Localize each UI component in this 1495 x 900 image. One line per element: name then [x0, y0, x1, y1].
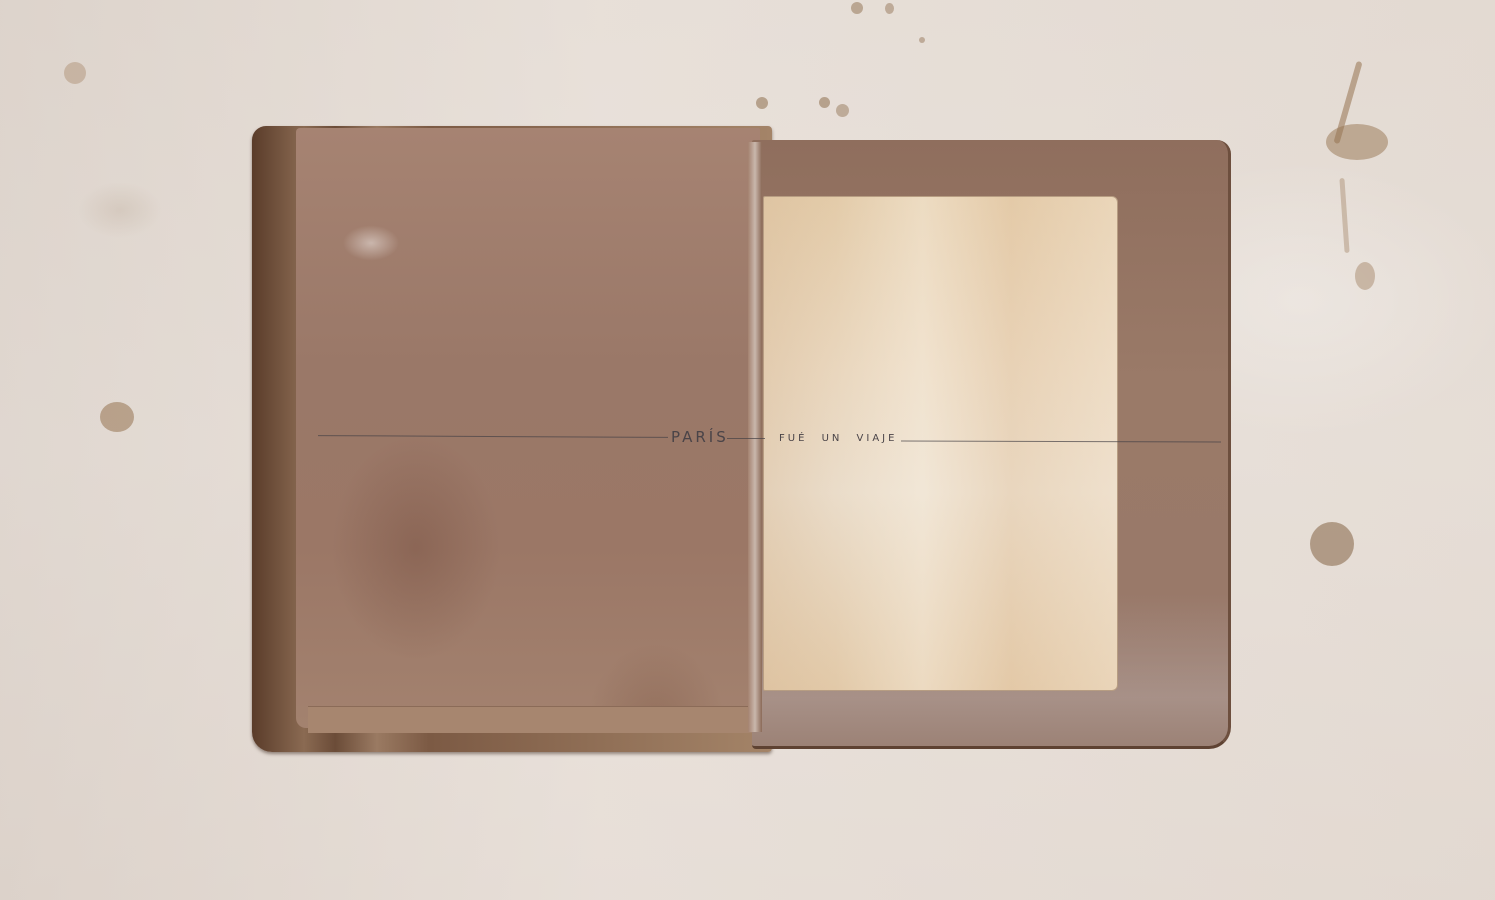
coffee-stain [756, 97, 768, 109]
handwritten-phrase-fue-un-viaje: FUÉ UN VIAJE [779, 433, 897, 444]
coffee-stain [851, 2, 863, 14]
coffee-stain [919, 37, 925, 43]
notebook-left-page-fold [308, 706, 758, 733]
coffee-stain [819, 97, 830, 108]
coffee-stain [100, 402, 134, 432]
coffee-stain [836, 104, 849, 117]
coffee-stain [885, 3, 894, 14]
notebook-spine [748, 142, 762, 732]
handwritten-word-paris: PARÍS [671, 428, 729, 446]
coffee-stain [64, 62, 86, 84]
coffee-stain [1310, 522, 1354, 566]
pencil-line [727, 438, 765, 439]
coffee-stain [1355, 262, 1375, 290]
